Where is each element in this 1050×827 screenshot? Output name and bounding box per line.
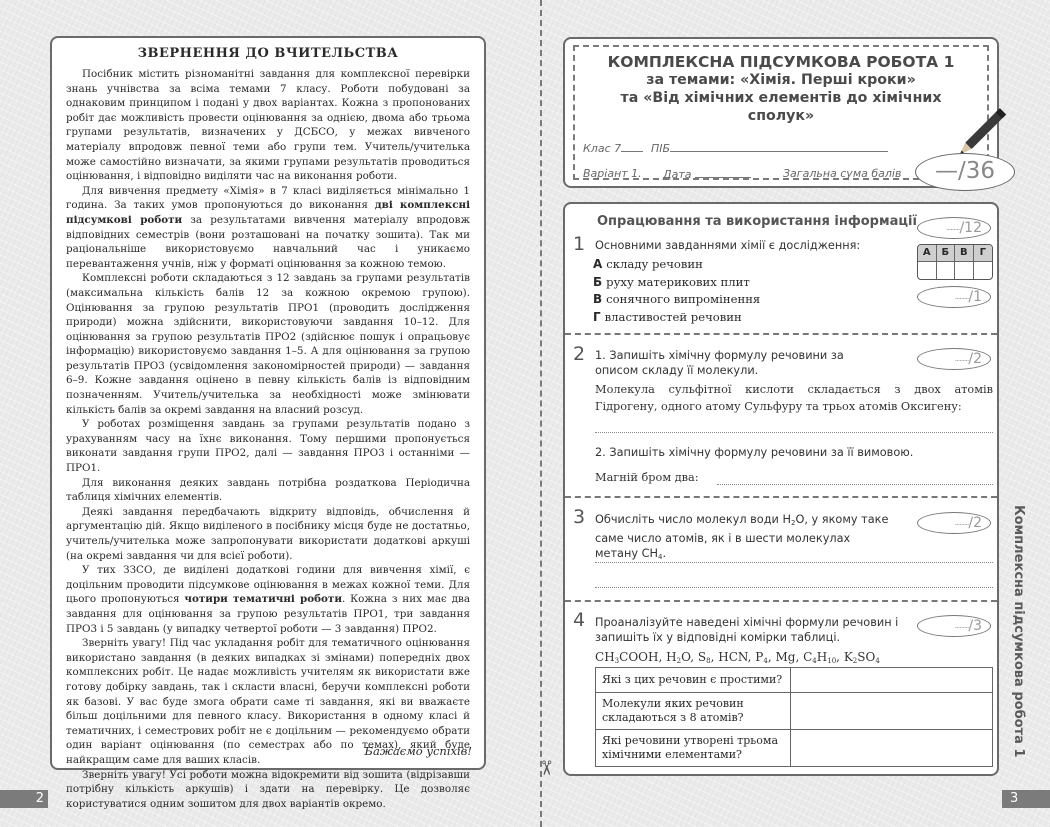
- page-number-left: 2: [0, 790, 48, 808]
- scissors-icon: ✂: [534, 760, 558, 777]
- task-3-number: 3: [573, 506, 585, 528]
- task-2-part-1-text: Молекула сульфітної кислоти складається …: [595, 381, 993, 415]
- variant-label: Варіант 1.: [583, 167, 642, 180]
- tasks-panel: Опрацювання та використання інформації .…: [563, 202, 999, 776]
- answer-header-a: А: [918, 245, 937, 262]
- paragraph: У тих ЗЗСО, де виділені додаткові години…: [66, 563, 470, 636]
- task-2-number: 2: [573, 343, 585, 365]
- task-1-option-v: Всонячного випромінення: [593, 292, 760, 306]
- class-field[interactable]: Клас 7: [583, 141, 643, 155]
- total-score-oval[interactable]: —/36: [915, 153, 1015, 191]
- task-1-answer-grid: А Б В Г: [917, 244, 993, 280]
- date-label: Дата: [663, 168, 691, 181]
- table-row: Молекули яких речовин складаються з 8 ат…: [596, 693, 993, 730]
- task-3-answer-line-2[interactable]: [595, 587, 993, 588]
- table-answer-cell[interactable]: [791, 693, 993, 730]
- task-4-answer-table: Які з цих речовин є простими? Молекули я…: [595, 667, 993, 767]
- date-blank[interactable]: [695, 167, 751, 178]
- paragraph: Посібник містить різноманітні завдання д…: [66, 67, 470, 184]
- task-4-score-oval[interactable]: ........./3: [917, 615, 991, 637]
- paragraph: Зверніть увагу! Усі роботи можна відокре…: [66, 768, 470, 812]
- task-divider: [565, 496, 997, 498]
- worksheet-subtitle-1: за темами: «Хімія. Перші кроки»: [575, 72, 987, 88]
- task-2-answer-line-2[interactable]: [717, 484, 993, 485]
- section-score-oval[interactable]: ........./12: [917, 217, 991, 239]
- teacher-address-title: ЗВЕРНЕННЯ ДО ВЧИТЕЛЬСТВА: [66, 46, 470, 61]
- task-2-part-2-text: Магній бром два:: [595, 471, 699, 484]
- paragraph: Комплексні роботи складаються з 12 завда…: [66, 271, 470, 417]
- answer-cell-v[interactable]: [955, 262, 974, 279]
- task-1-score-oval[interactable]: ........./1: [917, 286, 991, 308]
- total-label: Загальна сума балів: [783, 167, 901, 180]
- table-answer-cell[interactable]: [791, 668, 993, 693]
- pencil-icon: [950, 100, 1020, 160]
- task-4-formulas: CH3COOH, H2O, S8, HCN, P4, Mg, C4H10, K2…: [595, 650, 880, 665]
- paragraph: У роботах розміщення завдань за групами …: [66, 417, 470, 475]
- cut-line: [540, 0, 542, 827]
- class-blank[interactable]: [621, 141, 643, 152]
- task-2-score-oval[interactable]: ........./2: [917, 348, 991, 370]
- table-question: Які з цих речовин є простими?: [596, 668, 791, 693]
- class-label: Клас 7: [583, 142, 621, 155]
- section-title: Опрацювання та використання інформації: [597, 214, 917, 229]
- table-row: Які речовини утворені трьома хімічними е…: [596, 730, 993, 767]
- date-field[interactable]: Дата: [663, 167, 751, 181]
- paragraph: Для вивчення предмету «Хімія» в 7 класі …: [66, 184, 470, 272]
- table-question: Молекули яких речовин складаються з 8 ат…: [596, 693, 791, 730]
- worksheet-title: КОМПЛЕКСНА ПІДСУМКОВА РОБОТА 1: [575, 53, 987, 71]
- task-2-part-2: 2. Запишіть хімічну формулу речовини за …: [595, 446, 913, 459]
- answer-cell-g[interactable]: [974, 262, 993, 279]
- answer-cell-a[interactable]: [918, 262, 937, 279]
- paragraph: Деякі завдання передбачають відкриту від…: [66, 505, 470, 563]
- name-label: ПІБ: [651, 142, 670, 155]
- worksheet-subtitle-2: та «Від хімічних елементів до хімічних: [575, 90, 987, 106]
- answer-header-b: Б: [937, 245, 956, 262]
- task-1-option-b: Бруху материкових плит: [593, 275, 750, 289]
- task-3-question: Обчисліть число молекул води H2O, у яком…: [595, 512, 895, 565]
- task-1-option-a: Аскладу речовин: [593, 257, 703, 271]
- side-label: Комплексна підсумкова робота 1: [1006, 505, 1026, 775]
- page-number-right: 3: [1002, 790, 1050, 808]
- task-3-answer-line-1[interactable]: [595, 562, 993, 563]
- task-1-option-g: Гвластивостей речовин: [593, 310, 742, 324]
- table-answer-cell[interactable]: [791, 730, 993, 767]
- teacher-address-panel: ЗВЕРНЕННЯ ДО ВЧИТЕЛЬСТВА Посібник містит…: [50, 36, 486, 770]
- name-field[interactable]: ПІБ: [651, 141, 888, 155]
- task-4-question: Проаналізуйте наведені хімічні формули р…: [595, 615, 905, 645]
- answer-header-g: Г: [974, 245, 993, 262]
- table-row: Які з цих речовин є простими?: [596, 668, 993, 693]
- teacher-address-body: Посібник містить різноманітні завдання д…: [66, 67, 470, 811]
- task-1-question: Основними завданнями хімії є дослідження…: [595, 239, 860, 252]
- task-divider: [565, 600, 997, 602]
- task-2-part-1: 1. Запишіть хімічну формулу речовини за …: [595, 348, 885, 378]
- paragraph: Для виконання деяких завдань потрібна ро…: [66, 476, 470, 505]
- answer-header-v: В: [955, 245, 974, 262]
- answer-cell-b[interactable]: [937, 262, 956, 279]
- table-question: Які речовини утворені трьома хімічними е…: [596, 730, 791, 767]
- worksheet-subtitle-3: сполук»: [575, 108, 987, 124]
- name-blank[interactable]: [670, 141, 888, 152]
- task-1-number: 1: [573, 233, 585, 255]
- task-4-number: 4: [573, 609, 585, 631]
- task-2-answer-line-1[interactable]: [595, 432, 993, 433]
- signoff: Бажаємо успіхів!: [365, 744, 472, 758]
- task-3-score-oval[interactable]: ........./2: [917, 512, 991, 534]
- task-divider: [565, 333, 997, 335]
